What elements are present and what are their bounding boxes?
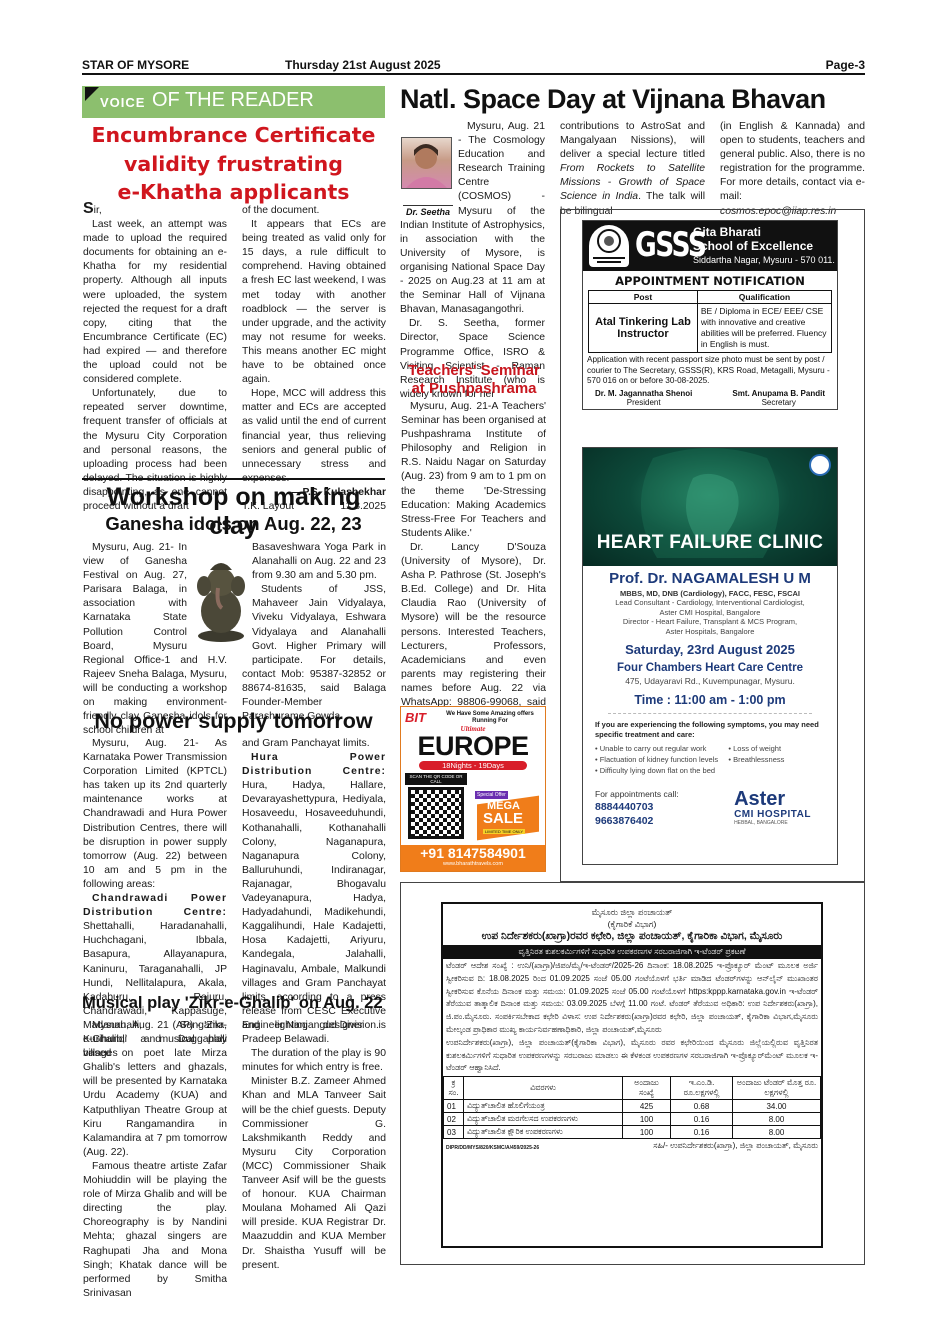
letter-col2: of the document. It appears that ECs are…: [242, 204, 386, 514]
power-paragraph: Mysuru, Aug. 21- As Karnataka Power Tran…: [83, 737, 227, 892]
clinic-venue: Four Chambers Heart Care Centre: [583, 662, 837, 674]
letter-headline-line: Encumbrance Certificate: [82, 121, 385, 150]
image-wrap-spacer: [400, 120, 458, 208]
bit-logo: BIT: [405, 710, 439, 725]
signatory-name: Dr. M. Jagannatha Shenoi: [595, 389, 692, 398]
tender-paragraph: ಟೆಂಡರ್ ಆದೇಶ ಸಂಖ್ಯೆ : ಉನಿ/(ಖಾಗ್ರಾ)/ಜಿಪಂ/ಮ…: [446, 960, 818, 1037]
gsss-logo-icon: [589, 225, 629, 267]
tender-body: ಟೆಂಡರ್ ಆದೇಶ ಸಂಖ್ಯೆ : ಉನಿ/(ಖಾಗ್ರಾ)/ಜಿಪಂ/ಮ…: [443, 959, 821, 1076]
role-line: Director - Heart Failure, Transplant & M…: [583, 617, 837, 627]
cell: ವಿದ್ಯುತ್‌ಚಾಲಿತ ಹೊಲಿಗೆಯಂತ್ರ: [464, 1100, 623, 1113]
qr-and-sale: SCAN THE QR CODE OR CALL Special Offer M…: [401, 771, 545, 841]
column-header: ಅಂದಾಜು ಸಂಖ್ಯೆ: [623, 1077, 671, 1100]
cell: 100: [623, 1126, 671, 1139]
seminar-paragraph: Mysuru, Aug. 21-A Teachers' Seminar has …: [401, 400, 546, 541]
europe-travel-ad: BIT We Have Some Amazing offers Running …: [400, 706, 546, 872]
power-area-label: Chandrawadi Power Distribution Centre:: [83, 893, 227, 918]
page-number: Page-3: [826, 58, 865, 72]
post-table-header: Post Qualification: [589, 291, 831, 304]
aster-location: HEBBAL, BANGALORE: [734, 820, 811, 826]
column-header: ವಿವರಗಳು: [464, 1077, 623, 1100]
cell: 02: [444, 1113, 464, 1126]
symptom-item: • Flactuation of kidney function levels: [595, 755, 728, 764]
school-address: Siddartha Nagar, Mysuru - 570 011.: [693, 255, 835, 265]
workshop-subheadline: Ganesha idols on Aug. 22, 23: [82, 513, 385, 535]
sale-label: SALE: [483, 811, 523, 826]
clinic-logo-icon: [809, 454, 831, 476]
tender-office: ಉಪ ನಿರ್ದೇಶಕರು(ಖಾಗ್ರಾ)ರವರ ಕಛೇರಿ, ಜಿಲ್ಲಾ ಪ…: [443, 930, 821, 942]
qr-code-icon[interactable]: [408, 787, 464, 839]
aster-brand: Aster: [734, 789, 811, 809]
cell: 0.16: [671, 1113, 733, 1126]
signatories: Dr. M. Jagannatha ShenoiPresident Smt. A…: [583, 389, 837, 407]
symptom-text: Breathlessness: [733, 755, 784, 764]
image-wrap-spacer: [187, 555, 227, 649]
column-header: Qualification: [698, 291, 831, 303]
appointment-footer: For appointments call: 8884440703 966387…: [583, 775, 837, 827]
clinic-address: 475, Udayaravi Rd., Kuvempunagar, Mysuru…: [583, 676, 837, 686]
column-header: ಅಂದಾಜು ಟೆಂಡರ್ ಮೊತ್ತ ರೂ. ಲಕ್ಷಗಳಲ್ಲಿ: [733, 1077, 821, 1100]
travel-phone[interactable]: +91 8147584901: [401, 845, 545, 861]
cell: 03: [444, 1126, 464, 1139]
paper-name: STAR OF MYSORE: [82, 58, 189, 72]
travel-website[interactable]: www.bharathtravels.com: [401, 861, 545, 867]
workshop-col2: Basaveshwara Yoga Park in Alanahalli on …: [242, 541, 386, 724]
qr-block: SCAN THE QR CODE OR CALL: [405, 773, 467, 841]
aster-logo: Aster CMI HOSPITAL HEBBAL, BANGALORE: [734, 789, 811, 827]
aster-sub: CMI HOSPITAL: [734, 809, 811, 820]
cell: 0.16: [671, 1126, 733, 1139]
gsss-header: GSSS Gita Bharati School of Excellence S…: [583, 221, 837, 271]
power-paragraph: and Gram Panchayat limits.: [242, 737, 386, 751]
table-row: 03 ವಿದ್ಯುತ್‌ಚಾಲಿತ ಕ್ಷೌರಿಕ ಉಪಕರಣಗಳು 100 0…: [444, 1126, 821, 1139]
voice-label: VOICE: [100, 95, 145, 110]
letter-paragraph: Last week, an attempt was made to upload…: [83, 218, 227, 387]
seminar-headline: Teachers' Seminar at Pushpashrama: [400, 362, 548, 398]
post-name: Atal Tinkering Lab Instructor: [589, 304, 698, 352]
workshop-paragraph: Basaveshwara Yoga Park in Alanahalli on …: [242, 541, 386, 583]
cell: 425: [623, 1100, 671, 1113]
e-tender-notice: ಮೈಸೂರು ಜಿಲ್ಲಾ ಪಂಚಾಯತ್ (ಕೈಗಾರಿಕೆ ವಿಭಾಗ) ಉ…: [441, 902, 823, 1248]
voice-of-reader-banner: VOICE OF THE READER: [82, 86, 385, 118]
symptom-text: Flactuation of kidney function levels: [600, 755, 718, 764]
trip-duration: 18Nights - 19Days: [419, 761, 527, 770]
application-instructions: Application with recent passport size ph…: [583, 353, 837, 389]
cell: ವಿದ್ಯುತ್‌ಚಾಲಿತ ಕ್ಷೌರಿಕ ಉಪಕರಣಗಳು: [464, 1126, 623, 1139]
scan-label: SCAN THE QR CODE OR CALL: [405, 773, 467, 785]
role-line: Aster CMI Hospital, Bangalore: [583, 608, 837, 618]
workshop-paragraph: Students of JSS, Mahaveer Jain Vidyalaya…: [242, 583, 386, 724]
space-day-text: contributions to AstroSat and Mangalyaan…: [560, 121, 705, 160]
issue-date: Thursday 21st August 2025: [285, 58, 441, 72]
special-offer-tag: Special Offer: [475, 791, 508, 799]
musical-paragraph: Famous theatre artiste Zafar Mohiuddin w…: [83, 1160, 227, 1301]
table-row: 02 ವಿದ್ಯುತ್‌ಚಾಲಿತ ಮರಗೆಲಸದ ಉಪಕರಣಗಳು 100 0…: [444, 1113, 821, 1126]
cell: 01: [444, 1100, 464, 1113]
symptoms-section: If you are experiencing the following sy…: [583, 714, 837, 775]
power-col2: and Gram Panchayat limits. Hura Power Di…: [242, 737, 386, 1033]
post-table: Post Qualification Atal Tinkering Lab In…: [588, 290, 832, 353]
qualification-text: BE / Diploma in ECE/ EEE/ CSE with innov…: [698, 304, 831, 352]
musical-col2: and lighting designer is Pradeep Belawad…: [242, 1019, 386, 1273]
doctor-info: Prof. Dr. NAGAMALESH U M MBBS, MD, DNB (…: [583, 566, 837, 714]
symptom-item: • Breathlessness: [728, 755, 825, 764]
heart-failure-clinic-ad: HEART FAILURE CLINIC Prof. Dr. NAGAMALES…: [582, 447, 838, 865]
cell: 100: [623, 1113, 671, 1126]
post-table-row: Atal Tinkering Lab Instructor BE / Diplo…: [589, 304, 831, 352]
ad-tagline: We Have Some Amazing offers Running For: [439, 711, 541, 725]
symptoms-intro: If you are experiencing the following sy…: [595, 720, 825, 740]
heart-illustration: HEART FAILURE CLINIC: [583, 448, 837, 566]
cell: 0.68: [671, 1100, 733, 1113]
tender-signature: ಸಹಿ/- ಉಪನಿರ್ದೇಶಕರು(ಖಾಗ್ರಾ), ಜಿಲ್ಲಾ ಪಂಚಾಯ…: [653, 1141, 818, 1151]
column-header: Post: [589, 291, 698, 303]
musical-paragraph: The duration of the play is 90 minutes f…: [242, 1047, 386, 1075]
destination: EUROPE: [401, 733, 545, 760]
dipr-code: DIPR/DD/MYS/820/KSMC/A/459/2025-26: [446, 1145, 539, 1151]
musical-paragraph: Minister B.Z. Zameer Ahmed Khan and MLA …: [242, 1075, 386, 1272]
salutation: ir,: [94, 205, 102, 216]
seminar-headline-line: at Pushpashrama: [400, 380, 548, 398]
space-day-headline: Natl. Space Day at Vijnana Bhavan: [400, 84, 865, 115]
gsss-appointment-ad: GSSS Gita Bharati School of Excellence S…: [582, 220, 838, 410]
tender-header-line: (ಕೈಗಾರಿಕೆ ವಿಭಾಗ): [443, 918, 821, 930]
letter-headline-line: validity frustrating: [82, 150, 385, 179]
musical-paragraph: and lighting designer is Pradeep Belawad…: [242, 1019, 386, 1047]
clinic-time: Time : 11:00 am - 1:00 pm: [583, 693, 837, 707]
appointment-contacts: For appointments call: 8884440703 966387…: [595, 789, 679, 827]
space-day-col1: Mysuru, Aug. 21 - The Cosmology Educatio…: [400, 120, 545, 402]
symptom-text: Unable to carry out regular work: [600, 744, 707, 753]
tender-paragraph: ಉಪನಿರ್ದೇಶಕರು(ಖಾಗ್ರಾ), ಜಿಲ್ಲಾ ಪಂಚಾಯತ್(ಕೈಗ…: [446, 1037, 818, 1075]
doctor-roles: Lead Consultant - Cardiology, Interventi…: [583, 598, 837, 636]
power-headline: No power supply tomorrow: [82, 709, 385, 734]
image-wrap-spacer: [242, 555, 252, 667]
symptoms-list: • Unable to carry out regular work • Los…: [595, 744, 825, 775]
signatory-name: Smt. Anupama B. Pandit: [732, 389, 825, 398]
role-line: Aster Hospitals, Bangalore: [583, 627, 837, 637]
musical-col1: Mysuru, Aug. 21 (AP) - 'Zikr-e-Ghalib,' …: [83, 1019, 227, 1301]
tender-items-table: ಕ್ರ ಸಂ. ವಿವರಗಳು ಅಂದಾಜು ಸಂಖ್ಯೆ ಇ.ಎಂ.ಡಿ. ರ…: [443, 1076, 821, 1139]
table-row: 01 ವಿದ್ಯುತ್‌ಚಾಲಿತ ಹೊಲಿಗೆಯಂತ್ರ 425 0.68 3…: [444, 1100, 821, 1113]
symptom-item: • Unable to carry out regular work: [595, 744, 728, 753]
musical-paragraph: Mysuru, Aug. 21 (AP) - 'Zikr-e-Ghalib,' …: [83, 1019, 227, 1160]
limited-tag: LIMITED TIME ONLY: [483, 829, 525, 834]
table-header-row: ಕ್ರ ಸಂ. ವಿವರಗಳು ಅಂದಾಜು ಸಂಖ್ಯೆ ಇ.ಎಂ.ಡಿ. ರ…: [444, 1077, 821, 1100]
clinic-date: Saturday, 23rd August 2025: [583, 642, 837, 657]
of-the-reader-label: OF THE READER: [152, 89, 314, 112]
seminar-headline-line: Teachers' Seminar: [400, 362, 548, 380]
drop-cap: S: [83, 200, 94, 217]
signatory-title: President: [595, 398, 692, 407]
masthead: STAR OF MYSORE Thursday 21st August 2025…: [82, 57, 865, 75]
letter-paragraph: It appears that ECs are being treated as…: [242, 218, 386, 387]
cell: 8.00: [733, 1126, 821, 1139]
seminar-body: Mysuru, Aug. 21-A Teachers' Seminar has …: [401, 400, 546, 738]
school-name-line1: Gita Bharati: [693, 225, 761, 239]
letter-headline: Encumbrance Certificate validity frustra…: [82, 121, 385, 207]
space-day-col3: (in English & Kannada) and open to stude…: [720, 120, 865, 219]
section-divider: [82, 478, 385, 480]
ad-header: BIT We Have Some Amazing offers Running …: [401, 707, 545, 725]
tender-banner: ವೃತ್ತಿನಿರತ ಕುಶಲಕರ್ಮಿಗಳಿಗೆ ಸುಧಾರಿತ ಉಪಕರಣಗ…: [443, 945, 821, 959]
clinic-title: HEART FAILURE CLINIC: [583, 532, 837, 554]
symptom-text: Loss of weight: [733, 744, 781, 753]
power-area-label: Hura Power Distribution Centre:: [242, 752, 386, 777]
phone-number[interactable]: 8884440703: [595, 801, 679, 813]
corner-triangle-icon: [85, 87, 99, 101]
ad-footer: +91 8147584901 www.bharathtravels.com: [401, 845, 545, 871]
musical-headline: Musical play 'Zikr-e-Ghalib' on Aug. 22: [82, 994, 385, 1013]
signatory-title: Secretary: [732, 398, 825, 407]
space-day-col2: contributions to AstroSat and Mangalyaan…: [560, 120, 705, 219]
cell: 34.00: [733, 1100, 821, 1113]
school-name-line2: School of Excellence: [693, 239, 813, 253]
space-day-paragraph: (in English & Kannada) and open to stude…: [720, 120, 865, 205]
letter-paragraph: of the document.: [242, 204, 386, 218]
cell: 8.00: [733, 1113, 821, 1126]
phone-number[interactable]: 9663876402: [595, 815, 679, 827]
tender-header: ಮೈಸೂರು ಜಿಲ್ಲಾ ಪಂಚಾಯತ್ (ಕೈಗಾರಿಕೆ ವಿಭಾಗ) ಉ…: [443, 904, 821, 942]
tender-footer: DIPR/DD/MYS/820/KSMC/A/459/2025-26 ಸಹಿ/-…: [443, 1139, 821, 1153]
notice-title: APPOINTMENT NOTIFICATION: [583, 274, 837, 288]
letter-paragraph: Hope, MCC will address this matter and E…: [242, 387, 386, 486]
doctor-degrees: MBBS, MD, DNB (Cardiology), FACC, FESC, …: [583, 589, 837, 598]
appointment-label: For appointments call:: [595, 789, 679, 799]
symptom-text: Difficulty lying down flat on the bed: [600, 766, 715, 775]
doctor-name: Prof. Dr. NAGAMALESH U M: [583, 570, 837, 587]
sale-block: Special Offer MEGA SALE LIMITED TIME ONL…: [471, 773, 541, 841]
role-line: Lead Consultant - Cardiology, Interventi…: [583, 598, 837, 608]
letter-col1: Sir, Last week, an attempt was made to u…: [83, 202, 227, 514]
symptom-item: • Difficulty lying down flat on the bed: [595, 766, 728, 775]
column-header: ಇ.ಎಂ.ಡಿ. ರೂ.ಲಕ್ಷಗಳಲ್ಲಿ: [671, 1077, 733, 1100]
cell: ವಿದ್ಯುತ್‌ಚಾಲಿತ ಮರಗೆಲಸದ ಉಪಕರಣಗಳು: [464, 1113, 623, 1126]
tender-header-line: ಮೈಸೂರು ಜಿಲ್ಲಾ ಪಂಚಾಯತ್: [443, 906, 821, 918]
column-header: ಕ್ರ ಸಂ.: [444, 1077, 464, 1100]
symptom-item: • Loss of weight: [728, 744, 825, 753]
